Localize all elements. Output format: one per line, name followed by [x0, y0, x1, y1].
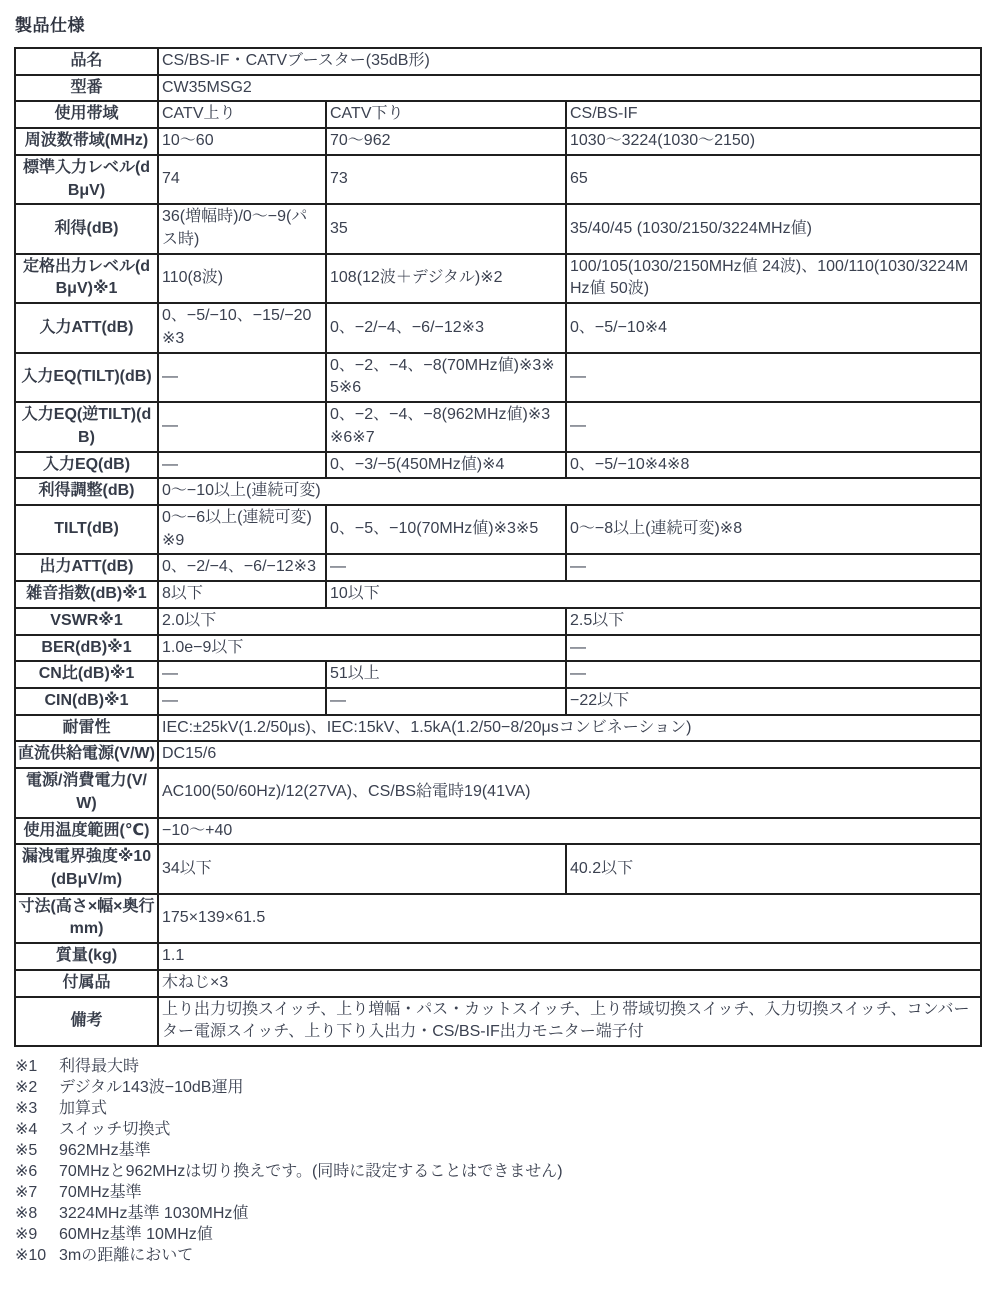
footnote-mark: ※5 — [15, 1140, 59, 1161]
footnote-text: デジタル143波−10dB運用 — [59, 1077, 986, 1098]
spec-value-cell: 0、−2/−4、−6/−12※3 — [326, 303, 566, 352]
spec-value-cell: — — [158, 402, 326, 451]
spec-table-body: 品名CS/BS-IF・CATVブースター(35dB形)型番CW35MSG2使用帯… — [15, 48, 981, 1046]
footnote-mark: ※7 — [15, 1182, 59, 1203]
spec-value-cell: 2.5以下 — [566, 608, 981, 635]
spec-table: 品名CS/BS-IF・CATVブースター(35dB形)型番CW35MSG2使用帯… — [14, 47, 982, 1047]
spec-value-cell: 8以下 — [158, 581, 326, 608]
spec-value-cell: 35 — [326, 204, 566, 253]
spec-label-cell: 使用温度範囲(℃) — [15, 818, 158, 845]
spec-label-cell: 標準入力レベル(dBμV) — [15, 155, 158, 204]
footnote: ※770MHz基準 — [15, 1182, 986, 1203]
footnote-text: 60MHz基準 10MHz値 — [59, 1224, 986, 1245]
spec-row: 入力ATT(dB)0、−5/−10、−15/−20※30、−2/−4、−6/−1… — [15, 303, 981, 352]
spec-label-cell: 型番 — [15, 75, 158, 102]
spec-value-cell: CW35MSG2 — [158, 75, 981, 102]
footnote-text: 70MHzと962MHzは切り換えです。(同時に設定することはできません) — [59, 1161, 986, 1182]
spec-value-cell: 1030～3224(1030～2150) — [566, 128, 981, 155]
page-title: 製品仕様 — [15, 11, 986, 36]
spec-label-cell: 定格出力レベル(dBμV)※1 — [15, 254, 158, 303]
spec-label-cell: 利得調整(dB) — [15, 478, 158, 505]
spec-row: 入力EQ(TILT)(dB)—0、−2、−4、−8(70MHz値)※3※5※6— — [15, 353, 981, 402]
spec-value-cell: — — [566, 402, 981, 451]
spec-row: 出力ATT(dB)0、−2/−4、−6/−12※3—— — [15, 554, 981, 581]
spec-value-cell: 65 — [566, 155, 981, 204]
spec-label-cell: VSWR※1 — [15, 608, 158, 635]
spec-value-cell: 2.0以下 — [158, 608, 566, 635]
spec-row: BER(dB)※11.0e−9以下— — [15, 635, 981, 662]
spec-label-cell: 入力EQ(dB) — [15, 452, 158, 479]
footnote: ※103mの距離において — [15, 1245, 986, 1266]
footnote: ※960MHz基準 10MHz値 — [15, 1224, 986, 1245]
spec-row: 標準入力レベル(dBμV)747365 — [15, 155, 981, 204]
footnote-mark: ※9 — [15, 1224, 59, 1245]
footnote-text: 70MHz基準 — [59, 1182, 986, 1203]
spec-value-cell: — — [566, 554, 981, 581]
footnote-mark: ※1 — [15, 1056, 59, 1077]
spec-row: 電源/消費電力(V/W)AC100(50/60Hz)/12(27VA)、CS/B… — [15, 768, 981, 817]
spec-value-cell: 10～60 — [158, 128, 326, 155]
footnote-text: 加算式 — [59, 1098, 986, 1119]
spec-row: 耐雷性IEC:±25kV(1.2/50μs)、IEC:15kV、1.5kA(1.… — [15, 715, 981, 742]
spec-label-cell: 入力EQ(TILT)(dB) — [15, 353, 158, 402]
spec-row: 利得(dB)36(増幅時)/0～−9(パス時)3535/40/45 (1030/… — [15, 204, 981, 253]
spec-value-cell: — — [158, 452, 326, 479]
spec-row: CIN(dB)※1——−22以下 — [15, 688, 981, 715]
footnote: ※670MHzと962MHzは切り換えです。(同時に設定することはできません) — [15, 1161, 986, 1182]
spec-label-cell: 漏洩電界強度※10(dBμV/m) — [15, 844, 158, 893]
spec-label-cell: 雑音指数(dB)※1 — [15, 581, 158, 608]
spec-value-cell: 175×139×61.5 — [158, 894, 981, 943]
spec-label-cell: 入力ATT(dB) — [15, 303, 158, 352]
spec-row: 使用温度範囲(℃)−10～+40 — [15, 818, 981, 845]
footnotes: ※1利得最大時※2デジタル143波−10dB運用※3加算式※4スイッチ切換式※5… — [14, 1056, 986, 1266]
footnote-text: スイッチ切換式 — [59, 1119, 986, 1140]
spec-value-cell: 0、−2、−4、−8(962MHz値)※3※6※7 — [326, 402, 566, 451]
footnote-mark: ※3 — [15, 1098, 59, 1119]
spec-label-cell: 耐雷性 — [15, 715, 158, 742]
spec-label-cell: 利得(dB) — [15, 204, 158, 253]
spec-value-cell: CS/BS-IF — [566, 101, 981, 128]
spec-value-cell: −22以下 — [566, 688, 981, 715]
spec-label-cell: TILT(dB) — [15, 505, 158, 554]
footnote-text: 利得最大時 — [59, 1056, 986, 1077]
spec-value-cell: 70～962 — [326, 128, 566, 155]
spec-row: VSWR※12.0以下2.5以下 — [15, 608, 981, 635]
footnote-text: 3mの距離において — [59, 1245, 986, 1266]
spec-row: TILT(dB)0～−6以上(連続可変)※90、−5、−10(70MHz値)※3… — [15, 505, 981, 554]
footnote-text: 962MHz基準 — [59, 1140, 986, 1161]
spec-label-cell: 直流供給電源(V/W) — [15, 741, 158, 768]
spec-value-cell: — — [158, 353, 326, 402]
spec-value-cell: 0、−3/−5(450MHz値)※4 — [326, 452, 566, 479]
spec-label-cell: 周波数帯域(MHz) — [15, 128, 158, 155]
footnote-text: 3224MHz基準 1030MHz値 — [59, 1203, 986, 1224]
spec-value-cell: 0～−6以上(連続可変)※9 — [158, 505, 326, 554]
spec-value-cell: 木ねじ×3 — [158, 970, 981, 997]
footnote-mark: ※2 — [15, 1077, 59, 1098]
spec-label-cell: 入力EQ(逆TILT)(dB) — [15, 402, 158, 451]
spec-value-cell: 36(増幅時)/0～−9(パス時) — [158, 204, 326, 253]
spec-label-cell: CN比(dB)※1 — [15, 661, 158, 688]
footnote: ※1利得最大時 — [15, 1056, 986, 1077]
spec-value-cell: — — [158, 688, 326, 715]
spec-row: 質量(kg)1.1 — [15, 943, 981, 970]
spec-value-cell: 10以下 — [326, 581, 981, 608]
spec-value-cell: — — [566, 661, 981, 688]
spec-value-cell: CATV上り — [158, 101, 326, 128]
spec-row: 寸法(高さ×幅×奥行mm)175×139×61.5 — [15, 894, 981, 943]
spec-row: 漏洩電界強度※10(dBμV/m)34以下40.2以下 — [15, 844, 981, 893]
spec-row: CN比(dB)※1—51以上— — [15, 661, 981, 688]
spec-label-cell: 備考 — [15, 997, 158, 1046]
spec-label-cell: CIN(dB)※1 — [15, 688, 158, 715]
footnote-mark: ※8 — [15, 1203, 59, 1224]
footnote: ※83224MHz基準 1030MHz値 — [15, 1203, 986, 1224]
spec-label-cell: 寸法(高さ×幅×奥行mm) — [15, 894, 158, 943]
spec-label-cell: 使用帯域 — [15, 101, 158, 128]
spec-value-cell: 110(8波) — [158, 254, 326, 303]
spec-value-cell: AC100(50/60Hz)/12(27VA)、CS/BS給電時19(41VA) — [158, 768, 981, 817]
spec-row: 定格出力レベル(dBμV)※1110(8波)108(12波＋デジタル)※2100… — [15, 254, 981, 303]
spec-value-cell: 0、−5/−10※4 — [566, 303, 981, 352]
spec-value-cell: 40.2以下 — [566, 844, 981, 893]
footnote-mark: ※10 — [15, 1245, 59, 1266]
spec-value-cell: 74 — [158, 155, 326, 204]
spec-row: 直流供給電源(V/W)DC15/6 — [15, 741, 981, 768]
spec-row: 使用帯域CATV上りCATV下りCS/BS-IF — [15, 101, 981, 128]
spec-value-cell: 100/105(1030/2150MHz値 24波)、100/110(1030/… — [566, 254, 981, 303]
spec-row: 備考上り出力切換スイッチ、上り増幅・パス・カットスイッチ、上り帯域切換スイッチ、… — [15, 997, 981, 1046]
spec-label-cell: 付属品 — [15, 970, 158, 997]
spec-row: 入力EQ(dB)—0、−3/−5(450MHz値)※40、−5/−10※4※8 — [15, 452, 981, 479]
spec-label-cell: 出力ATT(dB) — [15, 554, 158, 581]
spec-value-cell: CATV下り — [326, 101, 566, 128]
spec-value-cell: 0～−8以上(連続可変)※8 — [566, 505, 981, 554]
spec-row: 型番CW35MSG2 — [15, 75, 981, 102]
spec-value-cell: 0、−5、−10(70MHz値)※3※5 — [326, 505, 566, 554]
spec-label-cell: BER(dB)※1 — [15, 635, 158, 662]
spec-value-cell: IEC:±25kV(1.2/50μs)、IEC:15kV、1.5kA(1.2/5… — [158, 715, 981, 742]
spec-row: 利得調整(dB)0～−10以上(連続可変) — [15, 478, 981, 505]
spec-value-cell: 1.1 — [158, 943, 981, 970]
spec-label-cell: 質量(kg) — [15, 943, 158, 970]
footnote-mark: ※4 — [15, 1119, 59, 1140]
footnote: ※2デジタル143波−10dB運用 — [15, 1077, 986, 1098]
spec-value-cell: 1.0e−9以下 — [158, 635, 566, 662]
footnote-mark: ※6 — [15, 1161, 59, 1182]
spec-value-cell: 35/40/45 (1030/2150/3224MHz値) — [566, 204, 981, 253]
spec-page: 製品仕様 品名CS/BS-IF・CATVブースター(35dB形)型番CW35MS… — [0, 0, 1000, 1284]
spec-value-cell: 73 — [326, 155, 566, 204]
spec-row: 付属品木ねじ×3 — [15, 970, 981, 997]
spec-value-cell: −10～+40 — [158, 818, 981, 845]
spec-value-cell: 34以下 — [158, 844, 566, 893]
spec-value-cell: 108(12波＋デジタル)※2 — [326, 254, 566, 303]
spec-value-cell: 0、−2、−4、−8(70MHz値)※3※5※6 — [326, 353, 566, 402]
spec-value-cell: — — [326, 688, 566, 715]
spec-value-cell: 0、−2/−4、−6/−12※3 — [158, 554, 326, 581]
footnote: ※3加算式 — [15, 1098, 986, 1119]
spec-value-cell: — — [158, 661, 326, 688]
spec-value-cell: — — [566, 635, 981, 662]
spec-value-cell: 51以上 — [326, 661, 566, 688]
footnote: ※4スイッチ切換式 — [15, 1119, 986, 1140]
spec-value-cell: 上り出力切換スイッチ、上り増幅・パス・カットスイッチ、上り帯域切換スイッチ、入力… — [158, 997, 981, 1046]
spec-label-cell: 品名 — [15, 48, 158, 75]
spec-value-cell: 0、−5/−10、−15/−20※3 — [158, 303, 326, 352]
spec-value-cell: — — [326, 554, 566, 581]
spec-value-cell: 0～−10以上(連続可変) — [158, 478, 981, 505]
spec-value-cell: 0、−5/−10※4※8 — [566, 452, 981, 479]
spec-row: 品名CS/BS-IF・CATVブースター(35dB形) — [15, 48, 981, 75]
footnote: ※5962MHz基準 — [15, 1140, 986, 1161]
spec-value-cell: DC15/6 — [158, 741, 981, 768]
spec-value-cell: — — [566, 353, 981, 402]
spec-value-cell: CS/BS-IF・CATVブースター(35dB形) — [158, 48, 981, 75]
spec-row: 雑音指数(dB)※18以下10以下 — [15, 581, 981, 608]
spec-row: 入力EQ(逆TILT)(dB)—0、−2、−4、−8(962MHz値)※3※6※… — [15, 402, 981, 451]
spec-label-cell: 電源/消費電力(V/W) — [15, 768, 158, 817]
spec-row: 周波数帯域(MHz)10～6070～9621030～3224(1030～2150… — [15, 128, 981, 155]
